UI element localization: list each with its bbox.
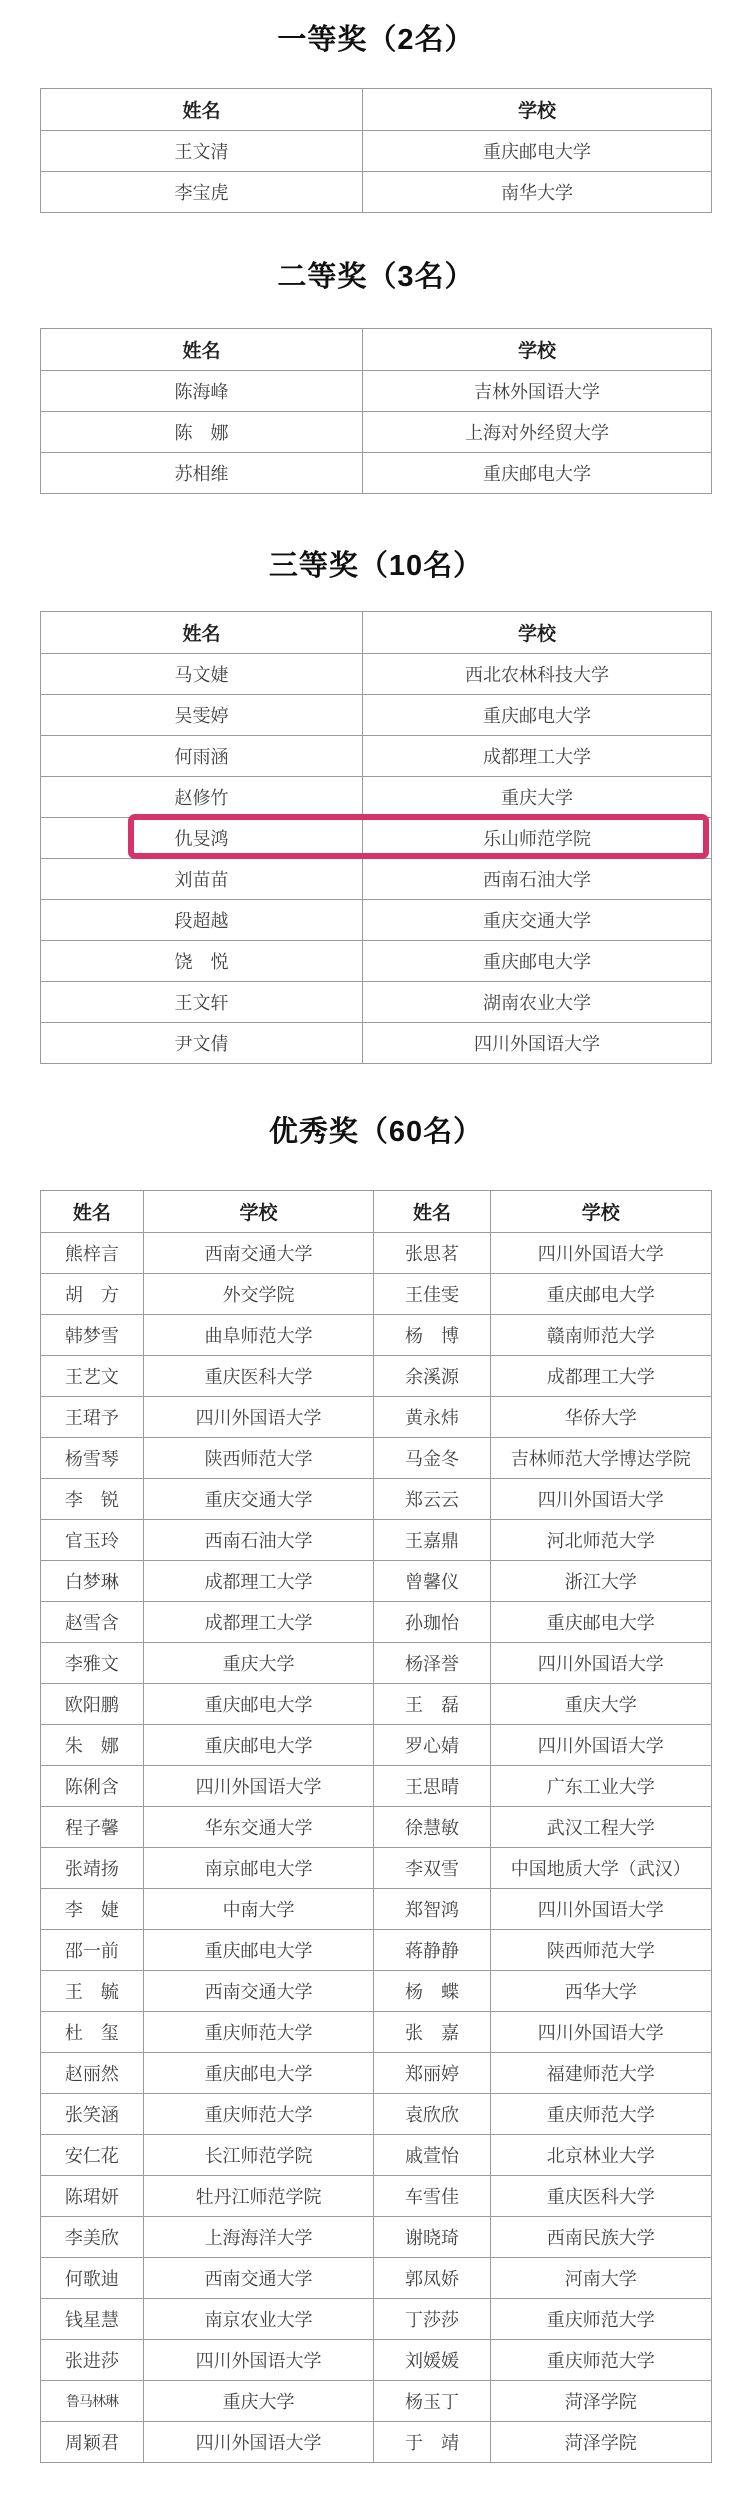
- name-cell: 尹文倩: [41, 1023, 363, 1064]
- name-cell: 陈珺妍: [41, 2176, 144, 2217]
- section-title-first-prize: 一等奖（2名）: [40, 22, 712, 58]
- school-cell: 重庆大学: [490, 1684, 711, 1725]
- school-cell: 长江师范学院: [143, 2135, 374, 2176]
- name-cell: 王嘉鼎: [374, 1520, 490, 1561]
- table-row: 邵一前重庆邮电大学蒋静静陕西师范大学: [41, 1930, 712, 1971]
- school-cell: 牡丹江师范学院: [143, 2176, 374, 2217]
- school-cell: 重庆大学: [363, 777, 712, 818]
- school-cell: 西南交通大学: [143, 1233, 374, 1274]
- name-cell: 张笑涵: [41, 2094, 144, 2135]
- name-cell: 马金冬: [374, 1438, 490, 1479]
- name-cell: 官玉玲: [41, 1520, 144, 1561]
- school-cell: 菏泽学院: [490, 2381, 711, 2422]
- name-cell: 白梦琳: [41, 1561, 144, 1602]
- table-row: 李雅文重庆大学杨泽誉四川外国语大学: [41, 1643, 712, 1684]
- school-cell: 重庆邮电大学: [363, 131, 712, 172]
- table-row: 赵雪含成都理工大学孙珈怡重庆邮电大学: [41, 1602, 712, 1643]
- name-cell: 于 靖: [374, 2422, 490, 2463]
- table-row: 杨雪琴陕西师范大学马金冬吉林师范大学博达学院: [41, 1438, 712, 1479]
- table-row: 欧阳鹏重庆邮电大学王 磊重庆大学: [41, 1684, 712, 1725]
- school-cell: 菏泽学院: [490, 2422, 711, 2463]
- table-row: 朱 娜重庆邮电大学罗心婧四川外国语大学: [41, 1725, 712, 1766]
- name-cell: 朱 娜: [41, 1725, 144, 1766]
- first-prize-table: 姓名学校王文清重庆邮电大学李宝虎南华大学: [40, 88, 712, 213]
- table-row: 胡 方外交学院王佳雯重庆邮电大学: [41, 1274, 712, 1315]
- school-cell: 重庆师范大学: [490, 2299, 711, 2340]
- name-cell: 郭凤娇: [374, 2258, 490, 2299]
- name-cell: 仇旻鸿: [41, 818, 363, 859]
- table-row: 官玉玲西南石油大学王嘉鼎河北师范大学: [41, 1520, 712, 1561]
- school-cell: 四川外国语大学: [490, 1233, 711, 1274]
- table-row: 李 锐重庆交通大学郑云云四川外国语大学: [41, 1479, 712, 1520]
- school-cell: 西华大学: [490, 1971, 711, 2012]
- table-row: 李美欣上海海洋大学谢晓琦西南民族大学: [41, 2217, 712, 2258]
- table-row: 张靖扬南京邮电大学李双雪中国地质大学（武汉）: [41, 1848, 712, 1889]
- school-cell: 重庆大学: [143, 2381, 374, 2422]
- name-cell: 安仁花: [41, 2135, 144, 2176]
- table-row: 马文婕西北农林科技大学: [41, 654, 712, 695]
- table-row: 陈俐含四川外国语大学王思晴广东工业大学: [41, 1766, 712, 1807]
- name-cell: 何歌迪: [41, 2258, 144, 2299]
- school-cell: 河北师范大学: [490, 1520, 711, 1561]
- name-cell: 王文轩: [41, 982, 363, 1023]
- school-cell: 重庆邮电大学: [363, 941, 712, 982]
- school-cell: 成都理工大学: [143, 1561, 374, 1602]
- name-cell: 张 嘉: [374, 2012, 490, 2053]
- school-cell: 湖南农业大学: [363, 982, 712, 1023]
- table-row: 饶 悦重庆邮电大学: [41, 941, 712, 982]
- name-cell: 谢晓琦: [374, 2217, 490, 2258]
- school-cell: 北京林业大学: [490, 2135, 711, 2176]
- name-cell: 杨玉丁: [374, 2381, 490, 2422]
- column-header: 学校: [363, 89, 712, 131]
- table-row: 程子馨华东交通大学徐慧敏武汉工程大学: [41, 1807, 712, 1848]
- table-row: 段超越重庆交通大学: [41, 900, 712, 941]
- column-header: 学校: [363, 329, 712, 371]
- name-cell: 胡 方: [41, 1274, 144, 1315]
- school-cell: 四川外国语大学: [490, 1725, 711, 1766]
- first-prize-table-wrap: 姓名学校王文清重庆邮电大学李宝虎南华大学: [40, 88, 712, 213]
- school-cell: 广东工业大学: [490, 1766, 711, 1807]
- school-cell: 成都理工大学: [363, 736, 712, 777]
- name-cell: 周颖君: [41, 2422, 144, 2463]
- section-excellence-award: 优秀奖（60名） 姓名学校姓名学校熊梓言西南交通大学张思茗四川外国语大学胡 方外…: [40, 1114, 712, 2463]
- school-cell: 重庆交通大学: [143, 1479, 374, 1520]
- name-cell: 杨 博: [374, 1315, 490, 1356]
- table-row: 赵修竹重庆大学: [41, 777, 712, 818]
- column-header: 姓名: [374, 1191, 490, 1233]
- table-row: 韩梦雪曲阜师范大学杨 博赣南师范大学: [41, 1315, 712, 1356]
- school-cell: 重庆大学: [143, 1643, 374, 1684]
- name-cell: 刘苗苗: [41, 859, 363, 900]
- section-third-prize: 三等奖（10名） 姓名学校马文婕西北农林科技大学吴雯婷重庆邮电大学何雨涵成都理工…: [40, 548, 712, 1064]
- name-cell: 邵一前: [41, 1930, 144, 1971]
- table-row: 何雨涵成都理工大学: [41, 736, 712, 777]
- school-cell: 重庆医科大学: [490, 2176, 711, 2217]
- header-row: 姓名学校: [41, 329, 712, 371]
- header-row: 姓名学校姓名学校: [41, 1191, 712, 1233]
- school-cell: 中南大学: [143, 1889, 374, 1930]
- table-row: 张笑涵重庆师范大学袁欣欣重庆师范大学: [41, 2094, 712, 2135]
- school-cell: 赣南师范大学: [490, 1315, 711, 1356]
- table-row: 张进莎四川外国语大学刘媛媛重庆师范大学: [41, 2340, 712, 2381]
- section-title-second-prize: 二等奖（3名）: [40, 259, 712, 295]
- name-cell: 程子馨: [41, 1807, 144, 1848]
- school-cell: 重庆邮电大学: [143, 2053, 374, 2094]
- table-row: 钱星慧南京农业大学丁莎莎重庆师范大学: [41, 2299, 712, 2340]
- table-row: 安仁花长江师范学院戚萱怡北京林业大学: [41, 2135, 712, 2176]
- table-row: 吴雯婷重庆邮电大学: [41, 695, 712, 736]
- table-row: 苏相维重庆邮电大学: [41, 453, 712, 494]
- school-cell: 四川外国语大学: [490, 2012, 711, 2053]
- table-row: 仇旻鸿乐山师范学院: [41, 818, 712, 859]
- school-cell: 西南石油大学: [363, 859, 712, 900]
- name-cell: 张进莎: [41, 2340, 144, 2381]
- name-cell: 王珺予: [41, 1397, 144, 1438]
- name-cell: 王艺文: [41, 1356, 144, 1397]
- table-row: 李 婕中南大学郑智鸿四川外国语大学: [41, 1889, 712, 1930]
- school-cell: 四川外国语大学: [490, 1643, 711, 1684]
- table-row: 鲁马林琳重庆大学杨玉丁菏泽学院: [41, 2381, 712, 2422]
- table-row: 何歌迪西南交通大学郭凤娇河南大学: [41, 2258, 712, 2299]
- name-cell: 刘媛媛: [374, 2340, 490, 2381]
- school-cell: 上海海洋大学: [143, 2217, 374, 2258]
- name-cell: 罗心婧: [374, 1725, 490, 1766]
- name-cell: 马文婕: [41, 654, 363, 695]
- school-cell: 重庆邮电大学: [363, 695, 712, 736]
- school-cell: 成都理工大学: [490, 1356, 711, 1397]
- table-row: 白梦琳成都理工大学曾馨仪浙江大学: [41, 1561, 712, 1602]
- name-cell: 郑云云: [374, 1479, 490, 1520]
- name-cell: 王 毓: [41, 1971, 144, 2012]
- school-cell: 陕西师范大学: [143, 1438, 374, 1479]
- name-cell: 孙珈怡: [374, 1602, 490, 1643]
- table-row: 尹文倩四川外国语大学: [41, 1023, 712, 1064]
- school-cell: 重庆邮电大学: [490, 1602, 711, 1643]
- name-cell: 郑智鸿: [374, 1889, 490, 1930]
- name-cell: 李 锐: [41, 1479, 144, 1520]
- header-row: 姓名学校: [41, 612, 712, 654]
- name-cell: 黄永炜: [374, 1397, 490, 1438]
- section-first-prize: 一等奖（2名） 姓名学校王文清重庆邮电大学李宝虎南华大学: [40, 22, 712, 213]
- school-cell: 武汉工程大学: [490, 1807, 711, 1848]
- name-cell: 杨泽誉: [374, 1643, 490, 1684]
- school-cell: 河南大学: [490, 2258, 711, 2299]
- school-cell: 四川外国语大学: [143, 2340, 374, 2381]
- school-cell: 重庆师范大学: [490, 2094, 711, 2135]
- school-cell: 吉林外国语大学: [363, 371, 712, 412]
- name-cell: 何雨涵: [41, 736, 363, 777]
- name-cell: 陈 娜: [41, 412, 363, 453]
- name-cell: 袁欣欣: [374, 2094, 490, 2135]
- school-cell: 重庆师范大学: [143, 2094, 374, 2135]
- name-cell: 段超越: [41, 900, 363, 941]
- school-cell: 重庆邮电大学: [143, 1725, 374, 1766]
- school-cell: 南华大学: [363, 172, 712, 213]
- school-cell: 西南交通大学: [143, 2258, 374, 2299]
- school-cell: 中国地质大学（武汉）: [490, 1848, 711, 1889]
- school-cell: 上海对外经贸大学: [363, 412, 712, 453]
- column-header: 姓名: [41, 612, 363, 654]
- school-cell: 华侨大学: [490, 1397, 711, 1438]
- second-prize-table-wrap: 姓名学校陈海峰吉林外国语大学陈 娜上海对外经贸大学苏相维重庆邮电大学: [40, 328, 712, 494]
- school-cell: 乐山师范学院: [363, 818, 712, 859]
- school-cell: 四川外国语大学: [363, 1023, 712, 1064]
- name-cell: 熊梓言: [41, 1233, 144, 1274]
- table-row: 陈珺妍牡丹江师范学院车雪佳重庆医科大学: [41, 2176, 712, 2217]
- school-cell: 陕西师范大学: [490, 1930, 711, 1971]
- column-header: 姓名: [41, 89, 363, 131]
- school-cell: 福建师范大学: [490, 2053, 711, 2094]
- excellence-award-table: 姓名学校姓名学校熊梓言西南交通大学张思茗四川外国语大学胡 方外交学院王佳雯重庆邮…: [40, 1190, 712, 2463]
- name-cell: 韩梦雪: [41, 1315, 144, 1356]
- school-cell: 重庆邮电大学: [143, 1930, 374, 1971]
- school-cell: 重庆邮电大学: [363, 453, 712, 494]
- excellence-award-table-wrap: 姓名学校姓名学校熊梓言西南交通大学张思茗四川外国语大学胡 方外交学院王佳雯重庆邮…: [40, 1190, 712, 2463]
- name-cell: 郑丽婷: [374, 2053, 490, 2094]
- section-second-prize: 二等奖（3名） 姓名学校陈海峰吉林外国语大学陈 娜上海对外经贸大学苏相维重庆邮电…: [40, 259, 712, 494]
- name-cell: 王 磊: [374, 1684, 490, 1725]
- name-cell: 李双雪: [374, 1848, 490, 1889]
- name-cell: 王文清: [41, 131, 363, 172]
- school-cell: 吉林师范大学博达学院: [490, 1438, 711, 1479]
- school-cell: 浙江大学: [490, 1561, 711, 1602]
- table-row: 熊梓言西南交通大学张思茗四川外国语大学: [41, 1233, 712, 1274]
- table-row: 李宝虎南华大学: [41, 172, 712, 213]
- column-header: 姓名: [41, 1191, 144, 1233]
- name-cell: 苏相维: [41, 453, 363, 494]
- column-header: 学校: [143, 1191, 374, 1233]
- table-row: 王珺予四川外国语大学黄永炜华侨大学: [41, 1397, 712, 1438]
- column-header: 姓名: [41, 329, 363, 371]
- column-header: 学校: [490, 1191, 711, 1233]
- school-cell: 西南民族大学: [490, 2217, 711, 2258]
- third-prize-table-wrap: 姓名学校马文婕西北农林科技大学吴雯婷重庆邮电大学何雨涵成都理工大学赵修竹重庆大学…: [40, 611, 712, 1064]
- school-cell: 重庆师范大学: [490, 2340, 711, 2381]
- award-results-document: 一等奖（2名） 姓名学校王文清重庆邮电大学李宝虎南华大学 二等奖（3名） 姓名学…: [0, 0, 750, 2493]
- school-cell: 西南交通大学: [143, 1971, 374, 2012]
- name-cell: 李雅文: [41, 1643, 144, 1684]
- school-cell: 西南石油大学: [143, 1520, 374, 1561]
- section-title-excellence-award: 优秀奖（60名）: [40, 1114, 712, 1150]
- school-cell: 重庆交通大学: [363, 900, 712, 941]
- school-cell: 外交学院: [143, 1274, 374, 1315]
- name-cell: 张思茗: [374, 1233, 490, 1274]
- name-cell: 王佳雯: [374, 1274, 490, 1315]
- name-cell: 欧阳鹏: [41, 1684, 144, 1725]
- name-cell: 丁莎莎: [374, 2299, 490, 2340]
- section-title-third-prize: 三等奖（10名）: [40, 548, 712, 584]
- school-cell: 华东交通大学: [143, 1807, 374, 1848]
- table-row: 陈海峰吉林外国语大学: [41, 371, 712, 412]
- name-cell: 杨雪琴: [41, 1438, 144, 1479]
- name-cell: 李 婕: [41, 1889, 144, 1930]
- name-cell: 饶 悦: [41, 941, 363, 982]
- table-row: 王文清重庆邮电大学: [41, 131, 712, 172]
- header-row: 姓名学校: [41, 89, 712, 131]
- name-cell: 曾馨仪: [374, 1561, 490, 1602]
- name-cell: 徐慧敏: [374, 1807, 490, 1848]
- school-cell: 南京农业大学: [143, 2299, 374, 2340]
- school-cell: 重庆医科大学: [143, 1356, 374, 1397]
- name-cell: 王思晴: [374, 1766, 490, 1807]
- school-cell: 四川外国语大学: [143, 2422, 374, 2463]
- school-cell: 曲阜师范大学: [143, 1315, 374, 1356]
- name-cell: 李宝虎: [41, 172, 363, 213]
- name-cell: 钱星慧: [41, 2299, 144, 2340]
- table-row: 王艺文重庆医科大学余溪源成都理工大学: [41, 1356, 712, 1397]
- table-row: 王文轩湖南农业大学: [41, 982, 712, 1023]
- school-cell: 西北农林科技大学: [363, 654, 712, 695]
- school-cell: 南京邮电大学: [143, 1848, 374, 1889]
- name-cell: 陈海峰: [41, 371, 363, 412]
- table-row: 杜 玺重庆师范大学张 嘉四川外国语大学: [41, 2012, 712, 2053]
- column-header: 学校: [363, 612, 712, 654]
- school-cell: 四川外国语大学: [143, 1397, 374, 1438]
- name-cell: 杜 玺: [41, 2012, 144, 2053]
- school-cell: 四川外国语大学: [490, 1889, 711, 1930]
- table-row: 刘苗苗西南石油大学: [41, 859, 712, 900]
- name-cell: 戚萱怡: [374, 2135, 490, 2176]
- name-cell: 余溪源: [374, 1356, 490, 1397]
- table-row: 陈 娜上海对外经贸大学: [41, 412, 712, 453]
- table-row: 赵丽然重庆邮电大学郑丽婷福建师范大学: [41, 2053, 712, 2094]
- school-cell: 重庆邮电大学: [143, 1684, 374, 1725]
- name-cell: 赵雪含: [41, 1602, 144, 1643]
- third-prize-table: 姓名学校马文婕西北农林科技大学吴雯婷重庆邮电大学何雨涵成都理工大学赵修竹重庆大学…: [40, 611, 712, 1064]
- name-cell: 车雪佳: [374, 2176, 490, 2217]
- second-prize-table: 姓名学校陈海峰吉林外国语大学陈 娜上海对外经贸大学苏相维重庆邮电大学: [40, 328, 712, 494]
- name-cell: 杨 蝶: [374, 1971, 490, 2012]
- name-cell: 张靖扬: [41, 1848, 144, 1889]
- name-cell: 赵丽然: [41, 2053, 144, 2094]
- table-row: 王 毓西南交通大学杨 蝶西华大学: [41, 1971, 712, 2012]
- school-cell: 四川外国语大学: [490, 1479, 711, 1520]
- name-cell: 陈俐含: [41, 1766, 144, 1807]
- name-cell: 李美欣: [41, 2217, 144, 2258]
- name-cell: 蒋静静: [374, 1930, 490, 1971]
- school-cell: 成都理工大学: [143, 1602, 374, 1643]
- table-row: 周颖君四川外国语大学于 靖菏泽学院: [41, 2422, 712, 2463]
- school-cell: 重庆师范大学: [143, 2012, 374, 2053]
- name-cell: 鲁马林琳: [41, 2381, 144, 2422]
- school-cell: 四川外国语大学: [143, 1766, 374, 1807]
- name-cell: 吴雯婷: [41, 695, 363, 736]
- name-cell: 赵修竹: [41, 777, 363, 818]
- school-cell: 重庆邮电大学: [490, 1274, 711, 1315]
